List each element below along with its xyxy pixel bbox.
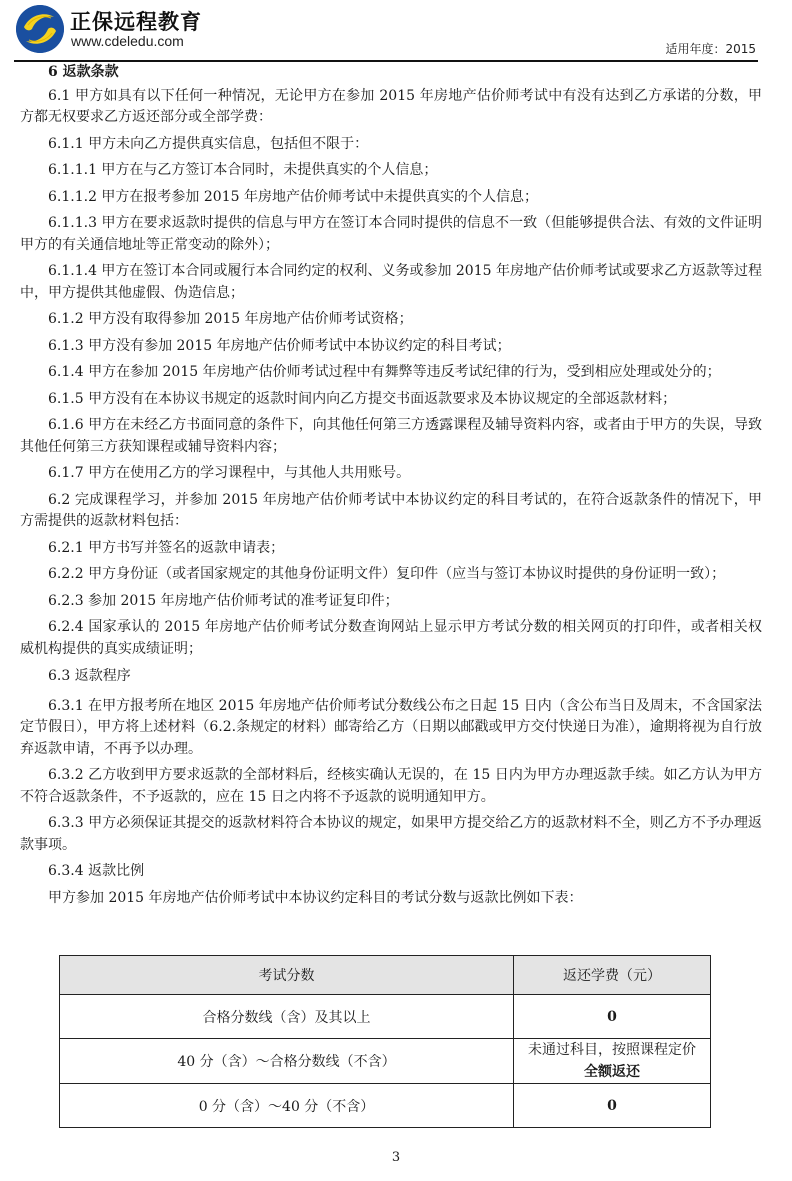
clause-6-1-3: 6.1.3 甲方没有参加 2015 年房地产估价师考试中本协议约定的科目考试； — [20, 336, 762, 358]
table-header-row: 考试分数 返还学费（元） — [60, 956, 711, 995]
refund-note-line2: 全额返还 — [518, 1061, 706, 1083]
clause-6-1: 6.1 甲方如具有以下任何一种情况，无论甲方在参加 2015 年房地产估价师考试… — [20, 86, 762, 129]
clause-6-1-5: 6.1.5 甲方没有在本协议书规定的返款时间内向乙方提交书面返款要求及本协议规定… — [20, 389, 762, 411]
clause-6-2-1: 6.2.1 甲方书写并签名的返款申请表； — [20, 538, 762, 560]
clause-6-3-2: 6.3.2 乙方收到甲方要求返款的全部材料后，经核实确认无误的，在 15 日内为… — [20, 765, 762, 808]
table-intro: 甲方参加 2015 年房地产估价师考试中本协议约定科目的考试分数与返款比例如下表… — [20, 888, 762, 910]
refund-amount: 0 — [514, 1084, 711, 1128]
clause-6-1-6: 6.1.6 甲方在未经乙方书面同意的条件下，向其他任何第三方透露课程及辅导资料内… — [20, 415, 762, 458]
brand-url: www.cdeledu.com — [71, 33, 184, 49]
clause-6-2-3: 6.2.3 参加 2015 年房地产估价师考试的准考证复印件； — [20, 591, 762, 613]
score-range: 0 分（含）～40 分（不含） — [60, 1084, 514, 1128]
clause-6-1-2: 6.1.2 甲方没有取得参加 2015 年房地产估价师考试资格； — [20, 309, 762, 331]
clause-6-1-1: 6.1.1 甲方未向乙方提供真实信息，包括但不限于： — [20, 134, 762, 156]
clause-6-3-1: 6.3.1 在甲方报考所在地区 2015 年房地产估价师考试分数线公布之日起 1… — [20, 696, 762, 761]
brand-name: 正保远程教育 — [70, 6, 202, 36]
clause-6-3-3: 6.3.3 甲方必须保证其提交的返款材料符合本协议的规定，如果甲方提交给乙方的返… — [20, 813, 762, 856]
table-row: 40 分（含）～合格分数线（不含） 未通过科目，按照课程定价 全额返还 — [60, 1039, 711, 1084]
clause-6-2-4: 6.2.4 国家承认的 2015 年房地产估价师考试分数查询网站上显示甲方考试分… — [20, 617, 762, 660]
document-body: 6 返款条款 6.1 甲方如具有以下任何一种情况，无论甲方在参加 2015 年房… — [20, 62, 762, 914]
clause-6-1-1-2: 6.1.1.2 甲方在报考参加 2015 年房地产估价师考试中未提供真实的个人信… — [20, 187, 762, 209]
column-header-score: 考试分数 — [60, 956, 514, 995]
clause-6-2-2: 6.2.2 甲方身份证（或者国家规定的其他身份证明文件）复印件（应当与签订本协议… — [20, 564, 762, 586]
table-row: 0 分（含）～40 分（不含） 0 — [60, 1084, 711, 1128]
refund-note-line1: 未通过科目，按照课程定价 — [518, 1039, 706, 1061]
refund-amount: 未通过科目，按照课程定价 全额返还 — [514, 1039, 711, 1084]
table-row: 合格分数线（含）及其以上 0 — [60, 995, 711, 1039]
clause-6-1-7: 6.1.7 甲方在使用乙方的学习课程中，与其他人共用账号。 — [20, 463, 762, 485]
page-number: 3 — [0, 1150, 792, 1165]
score-range: 合格分数线（含）及其以上 — [60, 995, 514, 1039]
refund-amount: 0 — [514, 995, 711, 1039]
clause-6-1-1-3: 6.1.1.3 甲方在要求返款时提供的信息与甲方在签订本合同时提供的信息不一致（… — [20, 213, 762, 256]
clause-6-3: 6.3 返款程序 — [20, 666, 762, 688]
clause-6-3-4: 6.3.4 返款比例 — [20, 861, 762, 883]
clause-6-2: 6.2 完成课程学习，并参加 2015 年房地产估价师考试中本协议约定的科目考试… — [20, 490, 762, 533]
clause-6-1-1-4: 6.1.1.4 甲方在签订本合同或履行本合同约定的权利、义务或参加 2015 年… — [20, 261, 762, 304]
column-header-refund: 返还学费（元） — [514, 956, 711, 995]
clause-6-1-4: 6.1.4 甲方在参加 2015 年房地产估价师考试过程中有舞弊等违反考试纪律的… — [20, 362, 762, 384]
refund-ratio-table: 考试分数 返还学费（元） 合格分数线（含）及其以上 0 40 分（含）～合格分数… — [59, 955, 711, 1128]
cdeledu-logo-icon — [16, 5, 64, 53]
clause-6-1-1-1: 6.1.1.1 甲方在与乙方签订本合同时，未提供真实的个人信息； — [20, 160, 762, 182]
score-range: 40 分（含）～合格分数线（不含） — [60, 1039, 514, 1084]
section-heading: 6 返款条款 — [20, 62, 762, 84]
applicable-year-label: 适用年度：2015 — [665, 40, 756, 57]
page-header: 正保远程教育 www.cdeledu.com 适用年度：2015 — [0, 0, 792, 62]
